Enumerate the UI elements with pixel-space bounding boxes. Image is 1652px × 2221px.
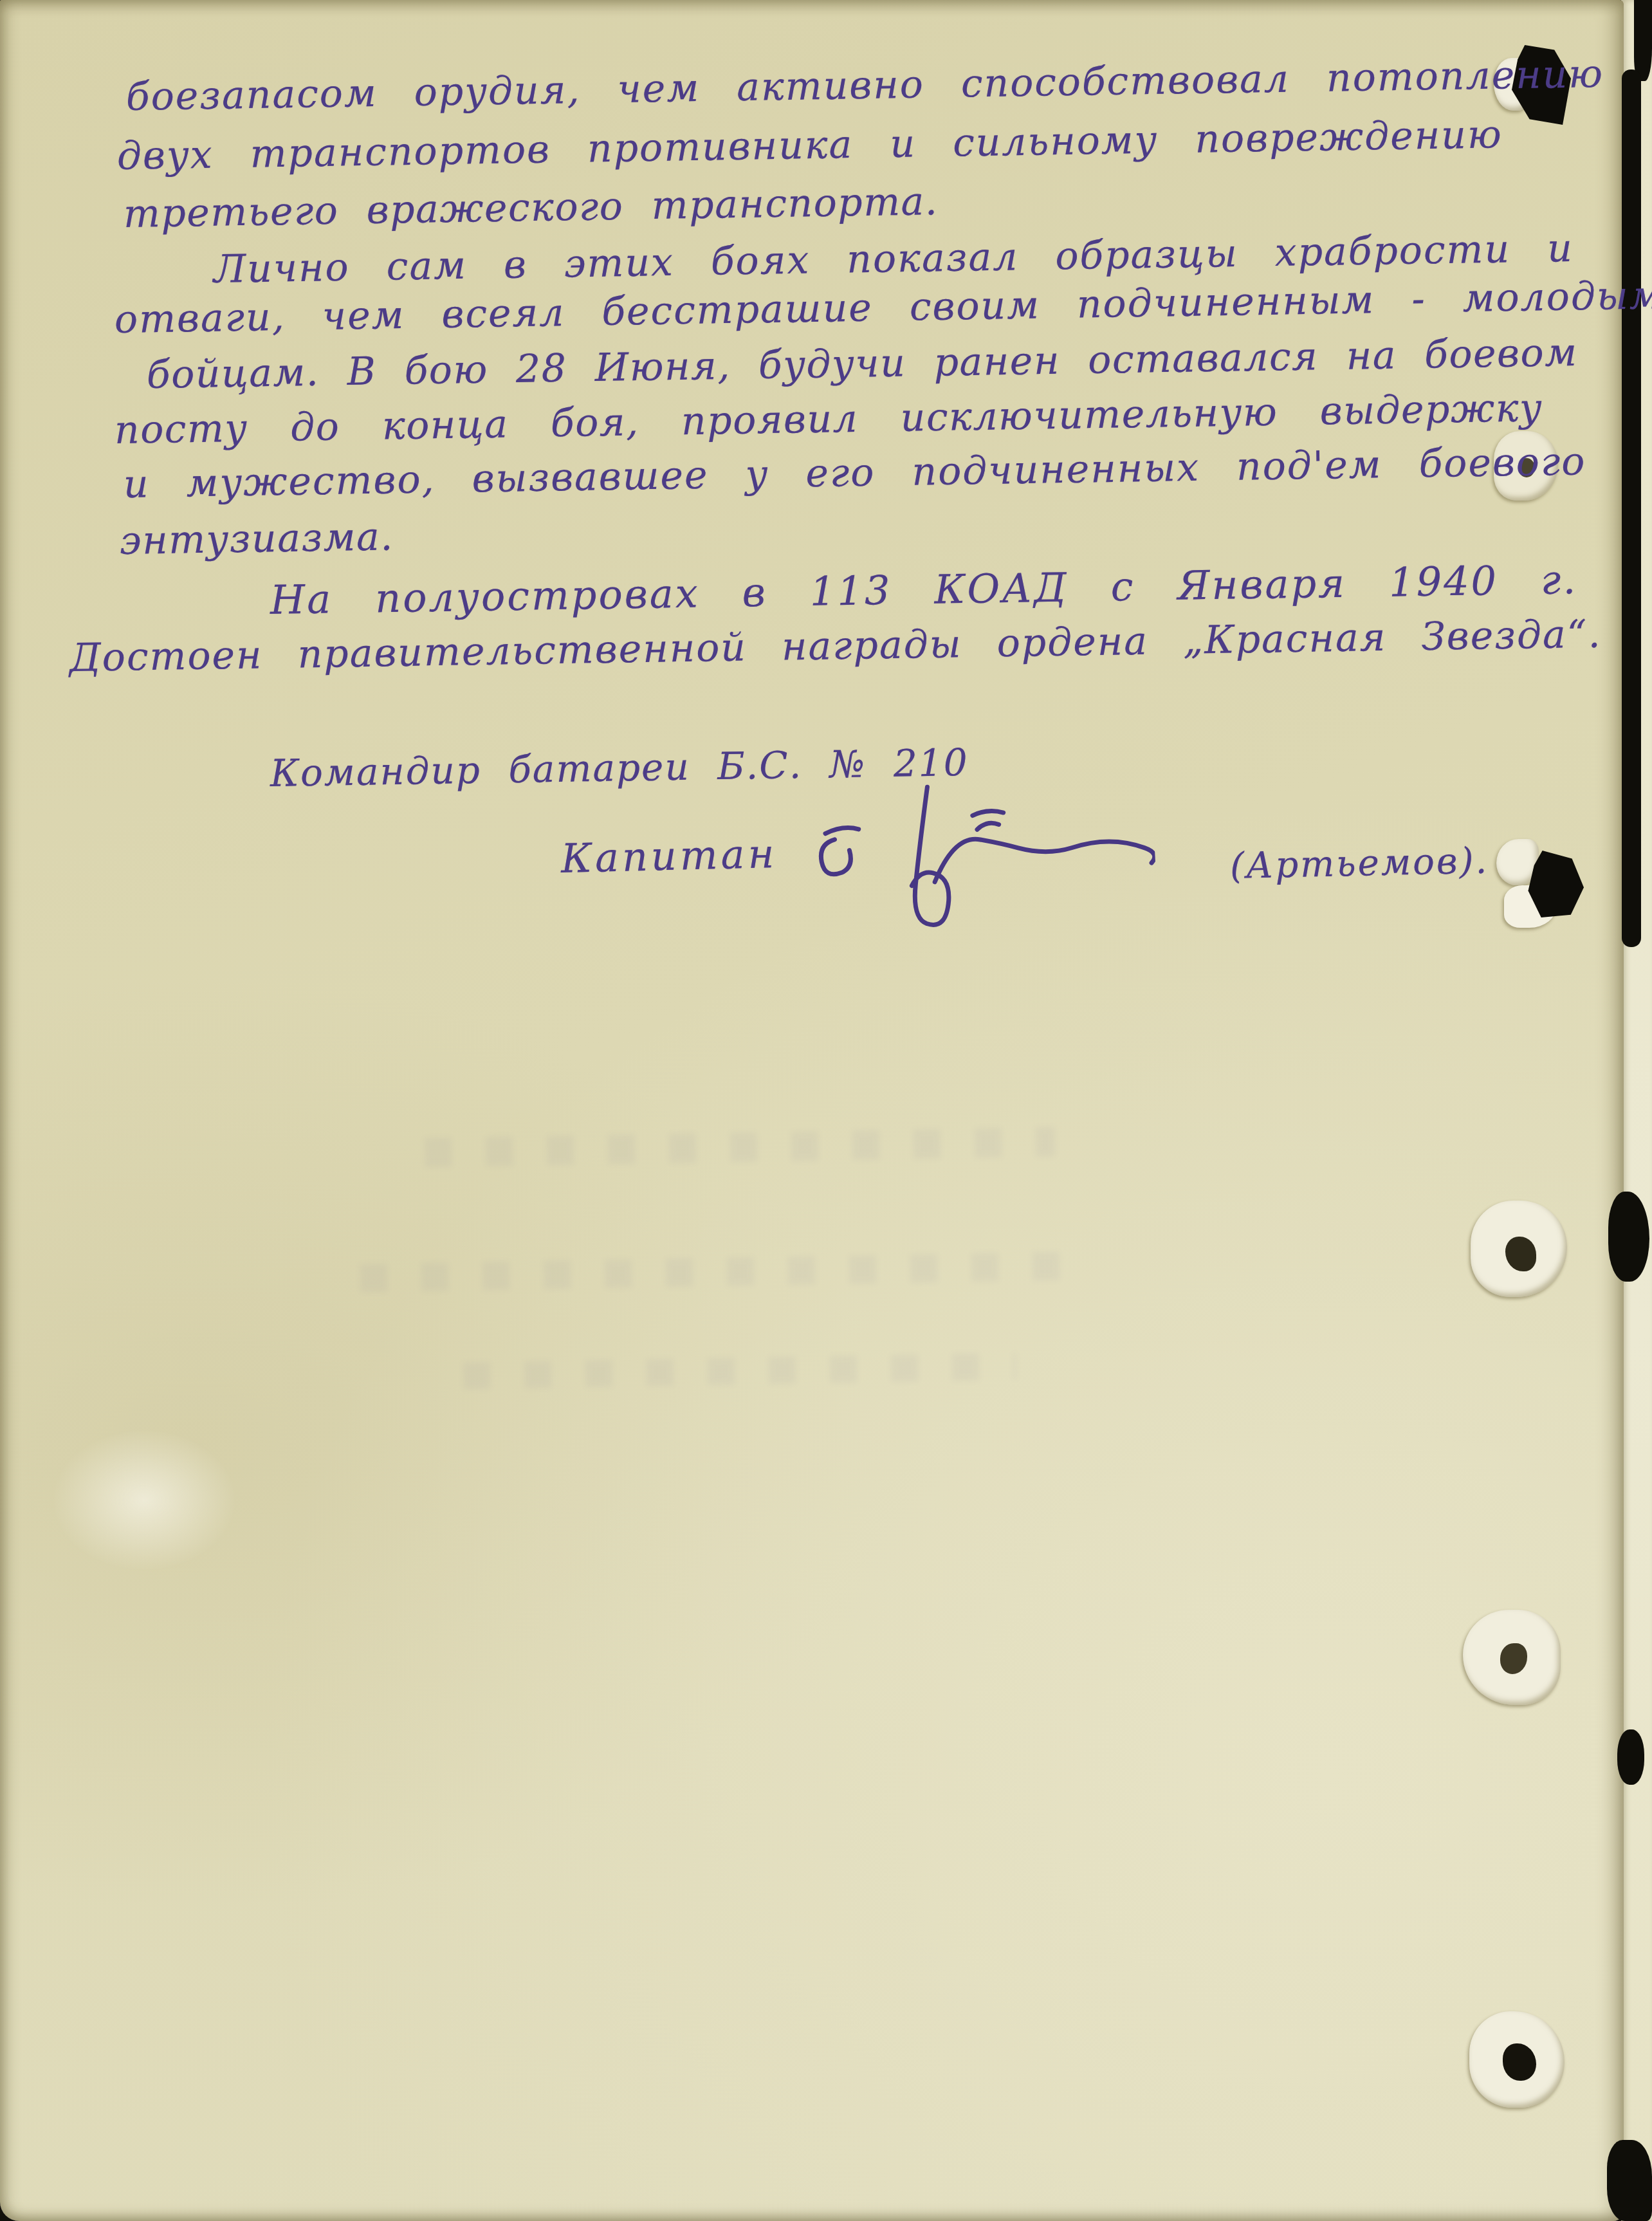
punch-hole-tear	[1468, 1198, 1572, 1302]
scanner-background-fragment	[1608, 1192, 1649, 1282]
scanner-background-band	[1622, 69, 1641, 947]
rank-label: Капитан	[560, 830, 778, 882]
captain-signature	[776, 744, 1160, 964]
handwritten-line: энтузиазма.	[119, 514, 394, 564]
light-paper-patch	[54, 1431, 234, 1569]
scanner-background-fragment	[1634, 0, 1652, 81]
scanned-document-page: боезапасом орудия, чем активно способств…	[0, 0, 1652, 2221]
punch-hole-tear	[1468, 2007, 1568, 2112]
surname-in-parentheses: (Артьемов).	[1229, 840, 1489, 887]
scanner-background-fragment	[1617, 1729, 1644, 1785]
scanner-background-fragment	[1607, 2140, 1652, 2221]
punch-hole-tear	[1496, 831, 1594, 935]
punch-hole-tear	[1460, 1606, 1567, 1710]
